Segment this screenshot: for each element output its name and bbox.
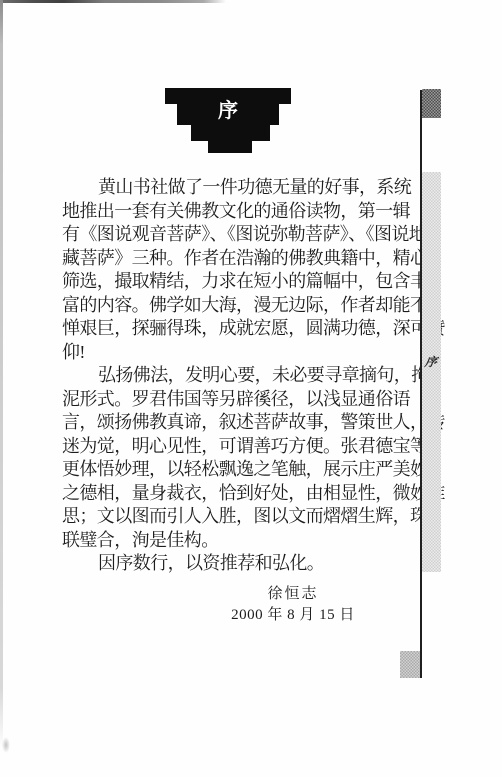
text-line: 有《图说观音菩萨》、《图说弥勒菩萨》、《图说地 [62,223,408,247]
binding-noise-band [422,172,441,572]
text-line: 更体悟妙理，以轻松飘逸之笔触，展示庄严美妙 [62,458,408,482]
section-header-ornament: 序 [165,88,291,153]
text-line: 仰! [62,341,408,365]
text-line: 弘扬佛法，发明心要，未必要寻章摘句，拘 [62,364,408,388]
text-line: 泥形式。罗君伟国等另辟徯径，以浅显通俗语 [62,388,408,412]
text-line: 之德相，量身裁衣，恰到好处，由相显性，微妙难 [62,482,408,506]
text-line: 富的内容。佛学如大海，漫无边际，作者却能不 [62,294,408,318]
text-line: 黄山书社做了一件功德无量的好事，系统 [62,176,408,200]
text-line: 迷为觉，明心见性，可谓善巧方便。张君德宝等 [62,435,408,459]
binding-noise-patch-bottom [400,651,420,678]
ornament-step-4 [208,141,252,153]
ornament-step-3 [191,125,270,141]
signature-block: 徐恒志 2000 年 8 月 15 日 [203,584,383,626]
text-line: 思；文以图而引人入胜，图以文而熠熠生辉，珠 [62,505,408,529]
signature-date: 2000 年 8 月 15 日 [203,605,383,626]
text-line: 言，颂扬佛教真谛，叙述菩萨故事，警策世人，转 [62,411,408,435]
section-title: 序 [165,99,291,123]
binding-noise-patch-top [422,89,441,118]
signature-author: 徐恒志 [203,584,383,605]
text-line: 因序数行，以资推荐和弘化。 [62,552,408,576]
text-line: 藏菩萨》三种。作者在浩瀚的佛教典籍中，精心 [62,247,408,271]
top-scan-edge-artifact [0,0,226,3]
scanned-book-page: { "colors": { "ink": "#1c1c1c", "ornamen… [0,0,502,777]
text-line: 联璧合，洵是佳构。 [62,529,408,553]
text-line: 惮艰巨，探骊得珠，成就宏愿，圆满功德，深可赞 [62,317,408,341]
text-line: 筛选，撮取精结，力求在短小的篇幅中，包含丰 [62,270,408,294]
margin-section-tab: 序 [420,354,442,370]
preface-text-block: 黄山书社做了一件功德无量的好事，系统 地推出一套有关佛教文化的通俗读物，第一辑 … [62,176,408,576]
left-scan-edge-artifact [0,0,3,748]
bottom-left-scan-smudge [2,737,10,753]
text-line: 地推出一套有关佛教文化的通俗读物，第一辑 [62,200,408,224]
